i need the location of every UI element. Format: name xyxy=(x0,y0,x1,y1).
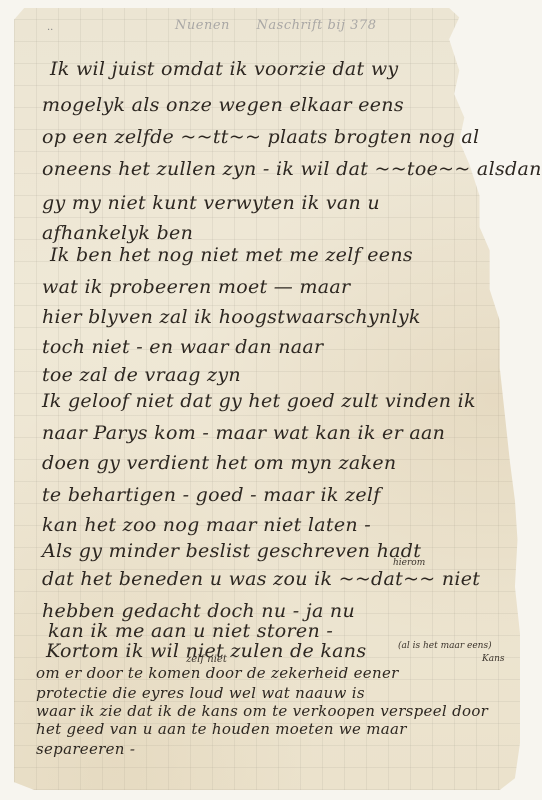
letter-line-25: het geed van u aan te houden moeten we m… xyxy=(36,720,407,738)
letter-line-3: op een zelfde ~~tt~~ plaats brogten nog … xyxy=(42,126,479,148)
letter-line-16: kan het zoo nog maar niet laten - xyxy=(42,514,371,536)
annotation-place: Nuenen xyxy=(175,18,230,33)
letter-line-6: afhankelyk ben xyxy=(42,222,193,244)
letter-line-20: kan ik me aan u niet storen - xyxy=(48,620,333,642)
letter-line-9: hier blyven zal ik hoogstwaarschynlyk xyxy=(42,306,421,328)
letter-line-13: naar Parys kom - maar wat kan ik er aan xyxy=(42,422,445,444)
letter-line-11: toe zal de vraag zyn xyxy=(42,364,241,386)
letter-line-8: wat ik probeeren moet — maar xyxy=(42,276,350,298)
letter-line-7: Ik ben het nog niet met me zelf eens xyxy=(50,244,413,266)
letter-line-4: oneens het zullen zyn - ik wil dat ~~toe… xyxy=(42,158,542,180)
letter-line-10: toch niet - en waar dan naar xyxy=(42,336,323,358)
letter-line-24: waar ik zie dat ik de kans om te verkoop… xyxy=(36,702,488,720)
letter-line-17: Als gy minder beslist geschreven hadt xyxy=(42,540,421,562)
letter-line-14: doen gy verdient het om myn zaken xyxy=(42,452,396,474)
annotation-reference: Naschrift bij 378 xyxy=(257,18,377,33)
letter-line-26: separeeren - xyxy=(36,740,135,758)
letter-line-23: protectie die eyres loud wel wat naauw i… xyxy=(36,684,365,702)
letter-line-18: dat het beneden u was zou ik ~~dat~~ nie… xyxy=(42,568,480,590)
letter-line-5: gy my niet kunt verwyten ik van u xyxy=(42,192,380,214)
letter-line-1: Ik wil juist omdat ik voorzie dat wy xyxy=(50,58,398,80)
letter-line-2: mogelyk als onze wegen elkaar eens xyxy=(42,94,404,116)
letter-line-15: te behartigen - goed - maar ik zelf xyxy=(42,484,381,506)
margin-note-sub: Kans xyxy=(482,654,505,664)
letter-line-19: hebben gedacht doch nu - ja nu xyxy=(42,600,355,622)
letter-line-12: Ik geloof niet dat gy het goed zult vind… xyxy=(42,390,476,412)
interlinear-insertion-1: hierom xyxy=(393,558,425,568)
margin-note: (al is het maar eens) xyxy=(398,641,492,651)
punch-marks: ·· xyxy=(47,25,53,36)
pencil-annotation: Nuenen Naschrift bij 378 xyxy=(175,18,398,33)
letter-line-22: om er door te komen door de zekerheid ee… xyxy=(36,664,399,682)
